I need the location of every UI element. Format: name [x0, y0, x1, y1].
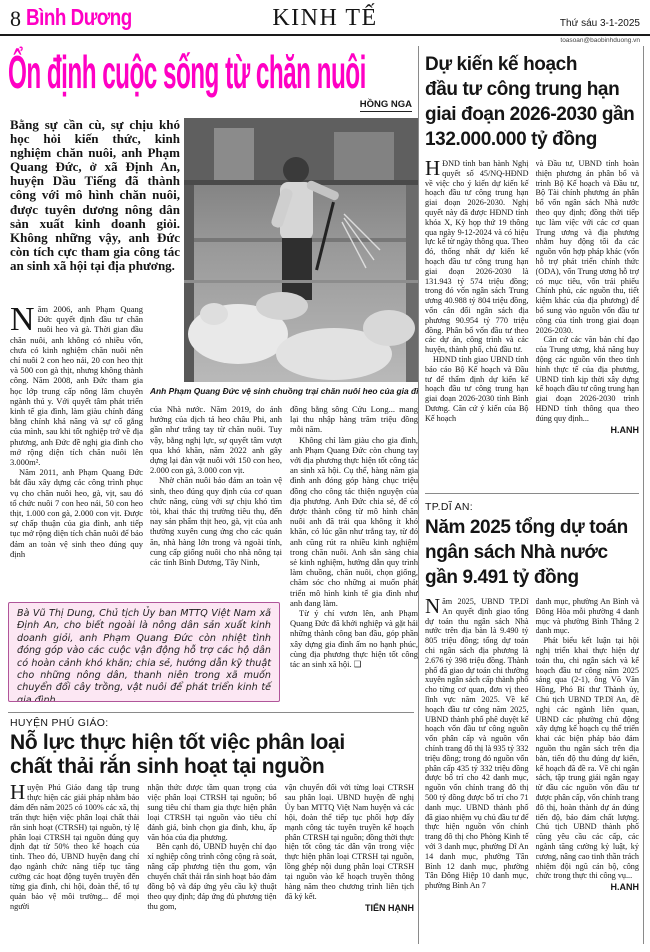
bottom-column-2: nhận thức được tầm quan trọng của việc p…	[147, 783, 276, 952]
photo-caption: Anh Phạm Quang Đức vệ sinh chuồng trại c…	[150, 386, 418, 396]
paragraph: Căn cứ các văn bản chỉ đạo của Trung ươn…	[536, 335, 640, 423]
paragraph: và Đầu tư, UBND tỉnh hoàn thiện phương á…	[536, 159, 640, 335]
paragraph: Năm 2025, UBND TP.Dĩ An quyết định giao …	[425, 597, 529, 891]
bottom-signature: TIẾN HẠNH	[285, 903, 414, 913]
paragraph: Từ ý chí vươn lên, anh Phạm Quang Đức đã…	[290, 608, 418, 669]
right-article-1: Dự kiến kế hoạch đầu tư công trung hạn g…	[425, 52, 639, 494]
paragraph: vận chuyển đối với từng loại CTRSH sau p…	[285, 783, 414, 902]
paragraph: HĐND tỉnh ban hành Nghị quyết số 45/NQ-H…	[425, 159, 529, 355]
dropcap: N	[425, 598, 440, 615]
dropcap: N	[10, 306, 35, 333]
paragraph: Không chỉ làm giàu cho gia đình, anh Phạ…	[290, 435, 418, 608]
main-lede: Bằng sự cần cù, sự chịu khó học hỏi kiến…	[10, 118, 180, 300]
dropcap: H	[10, 784, 25, 801]
pull-quote-box: Bà Vũ Thị Dung, Chủ tịch Ủy ban MTTQ Việ…	[8, 602, 280, 702]
right2-column-1: Năm 2025, UBND TP.Dĩ An quyết định giao …	[425, 597, 529, 949]
right-article-2-columns: Năm 2025, UBND TP.Dĩ An quyết định giao …	[425, 597, 639, 949]
section-title: KINH TẾ	[0, 5, 650, 32]
right1-column-1: HĐND tỉnh ban hành Nghị quyết số 45/NQ-H…	[425, 159, 529, 485]
paragraph: Năm 2011, anh Phạm Quang Đức bắt đầu xây…	[10, 467, 143, 559]
main-article: Ổn định cuộc sống từ chăn nuôi HỒNG NGA …	[8, 46, 414, 708]
right-headline-2: Năm 2025 tổng dự toán ngân sách Nhà nước…	[425, 515, 639, 590]
right-headline-1: Dự kiến kế hoạch đầu tư công trung hạn g…	[425, 52, 639, 152]
paragraph-text: uyện Phú Giáo đang tập trung thực hiện c…	[10, 783, 139, 911]
bottom-column-1: Huyện Phú Giáo đang tập trung thực hiện …	[10, 783, 139, 952]
paragraph-text: ăm 2025, UBND TP.Dĩ An quyết định giao t…	[425, 597, 529, 890]
right-article-1-columns: HĐND tỉnh ban hành Nghị quyết số 45/NQ-H…	[425, 159, 639, 485]
main-column-3: đồng bằng sông Cửu Long... mang lại thu …	[290, 404, 418, 706]
paragraph: đồng bằng sông Cửu Long... mang lại thu …	[290, 404, 418, 435]
photo-illustration	[184, 118, 418, 382]
right1-column-2: và Đầu tư, UBND tỉnh hoàn thiện phương á…	[536, 159, 640, 485]
right1-signature: H.ANH	[536, 425, 640, 435]
right2-column-2: danh mục, phường An Bình và Đông Hòa mỗi…	[536, 597, 640, 949]
bottom-columns: Huyện Phú Giáo đang tập trung thực hiện …	[10, 783, 414, 952]
right-article-2: TP.DĨ AN: Năm 2025 tổng dự toán ngân sác…	[425, 501, 639, 949]
bottom-headline: Nỗ lực thực hiện tốt việc phân loại chất…	[10, 731, 414, 778]
paragraph: HĐND tỉnh giao UBND tỉnh báo cáo Bộ Kế h…	[425, 355, 529, 424]
page-content: Ổn định cuộc sống từ chăn nuôi HỒNG NGA …	[0, 46, 650, 944]
paragraph-text: ĐND tỉnh ban hành Nghị quyết số 45/NQ-HĐ…	[425, 159, 529, 354]
paragraph: Nhờ chăn nuôi bảo đảm an toàn vệ sinh, t…	[150, 475, 282, 567]
right2-signature: H.ANH	[536, 882, 640, 892]
paragraph: Phát biểu kết luận tại hội nghị triển kh…	[536, 636, 640, 881]
main-headline: Ổn định cuộc sống từ chăn nuôi	[8, 46, 366, 99]
bottom-article: HUYỆN PHÚ GIÁO: Nỗ lực thực hiện tốt việ…	[8, 712, 414, 952]
issue-date: Thứ sáu 3-1-2025	[560, 18, 640, 29]
paragraph: Huyện Phú Giáo đang tập trung thực hiện …	[10, 783, 139, 912]
page-header: 8 Bình Dương KINH TẾ Thứ sáu 3-1-2025	[0, 0, 650, 36]
paragraph: danh mục, phường An Bình và Đông Hòa mỗi…	[536, 597, 640, 636]
paragraph: nhận thức được tầm quan trọng của việc p…	[147, 783, 276, 842]
paragraph: Năm 2006, anh Phạm Quang Đức quyết định …	[10, 304, 143, 467]
contact-email: toasoan@baobinhduong.vn	[0, 36, 650, 46]
paragraph: của Nhà nước. Năm 2019, do ảnh hưởng của…	[150, 404, 282, 475]
main-byline: HỒNG NGA	[360, 99, 412, 112]
article-photo	[184, 118, 418, 382]
main-column-2: của Nhà nước. Năm 2019, do ảnh hưởng của…	[150, 404, 282, 598]
dropcap: H	[425, 160, 440, 177]
newspaper-page: 8 Bình Dương KINH TẾ Thứ sáu 3-1-2025 to…	[0, 0, 650, 952]
bottom-column-3: vận chuyển đối với từng loại CTRSH sau p…	[285, 783, 414, 952]
bottom-kicker: HUYỆN PHÚ GIÁO:	[10, 717, 414, 729]
left-zone: Ổn định cuộc sống từ chăn nuôi HỒNG NGA …	[8, 46, 418, 944]
paragraph: Bên cạnh đó, UBND huyện chỉ đạo xí nghiệ…	[147, 842, 276, 911]
right2-kicker: TP.DĨ AN:	[425, 501, 639, 513]
right-zone: Dự kiến kế hoạch đầu tư công trung hạn g…	[418, 46, 644, 944]
main-column-1: Năm 2006, anh Phạm Quang Đức quyết định …	[10, 304, 143, 598]
